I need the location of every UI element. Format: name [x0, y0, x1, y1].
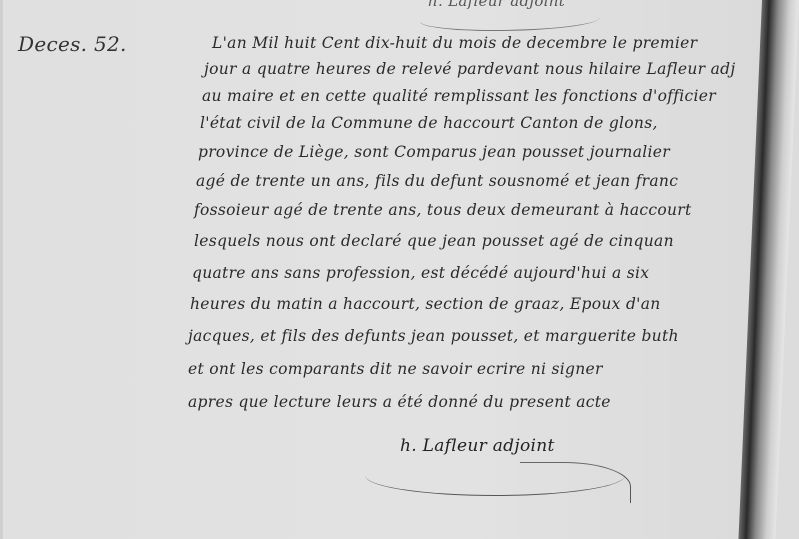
text-line: et ont les comparants dit ne savoir ecri… — [188, 360, 603, 378]
text-line: agé de trente un ans, fils du defunt sou… — [196, 172, 678, 190]
page-left-edge — [0, 0, 3, 539]
text-line: jacques, et fils des defunts jean pousse… — [188, 327, 679, 345]
text-line: fossoieur agé de trente ans, tous deux d… — [194, 201, 692, 219]
signature: h. Lafleur adjoint — [400, 436, 555, 456]
text-line: l'état civil de la Commune de haccourt C… — [200, 114, 658, 132]
text-line: L'an Mil huit Cent dix-huit du mois de d… — [212, 34, 697, 52]
text-line: heures du matin a haccourt, section de g… — [190, 295, 661, 313]
text-line: quatre ans sans profession, est décédé a… — [192, 264, 649, 282]
margin-note: Deces. 52. — [18, 32, 127, 56]
text-line: lesquels nous ont declaré que jean pouss… — [194, 232, 674, 250]
text-line: jour a quatre heures de relevé pardevant… — [204, 60, 735, 78]
text-line: province de Liège, sont Comparus jean po… — [198, 143, 670, 161]
text-line: apres que lecture leurs a été donné du p… — [188, 393, 611, 411]
text-line: au maire et en cette qualité remplissant… — [202, 87, 716, 105]
